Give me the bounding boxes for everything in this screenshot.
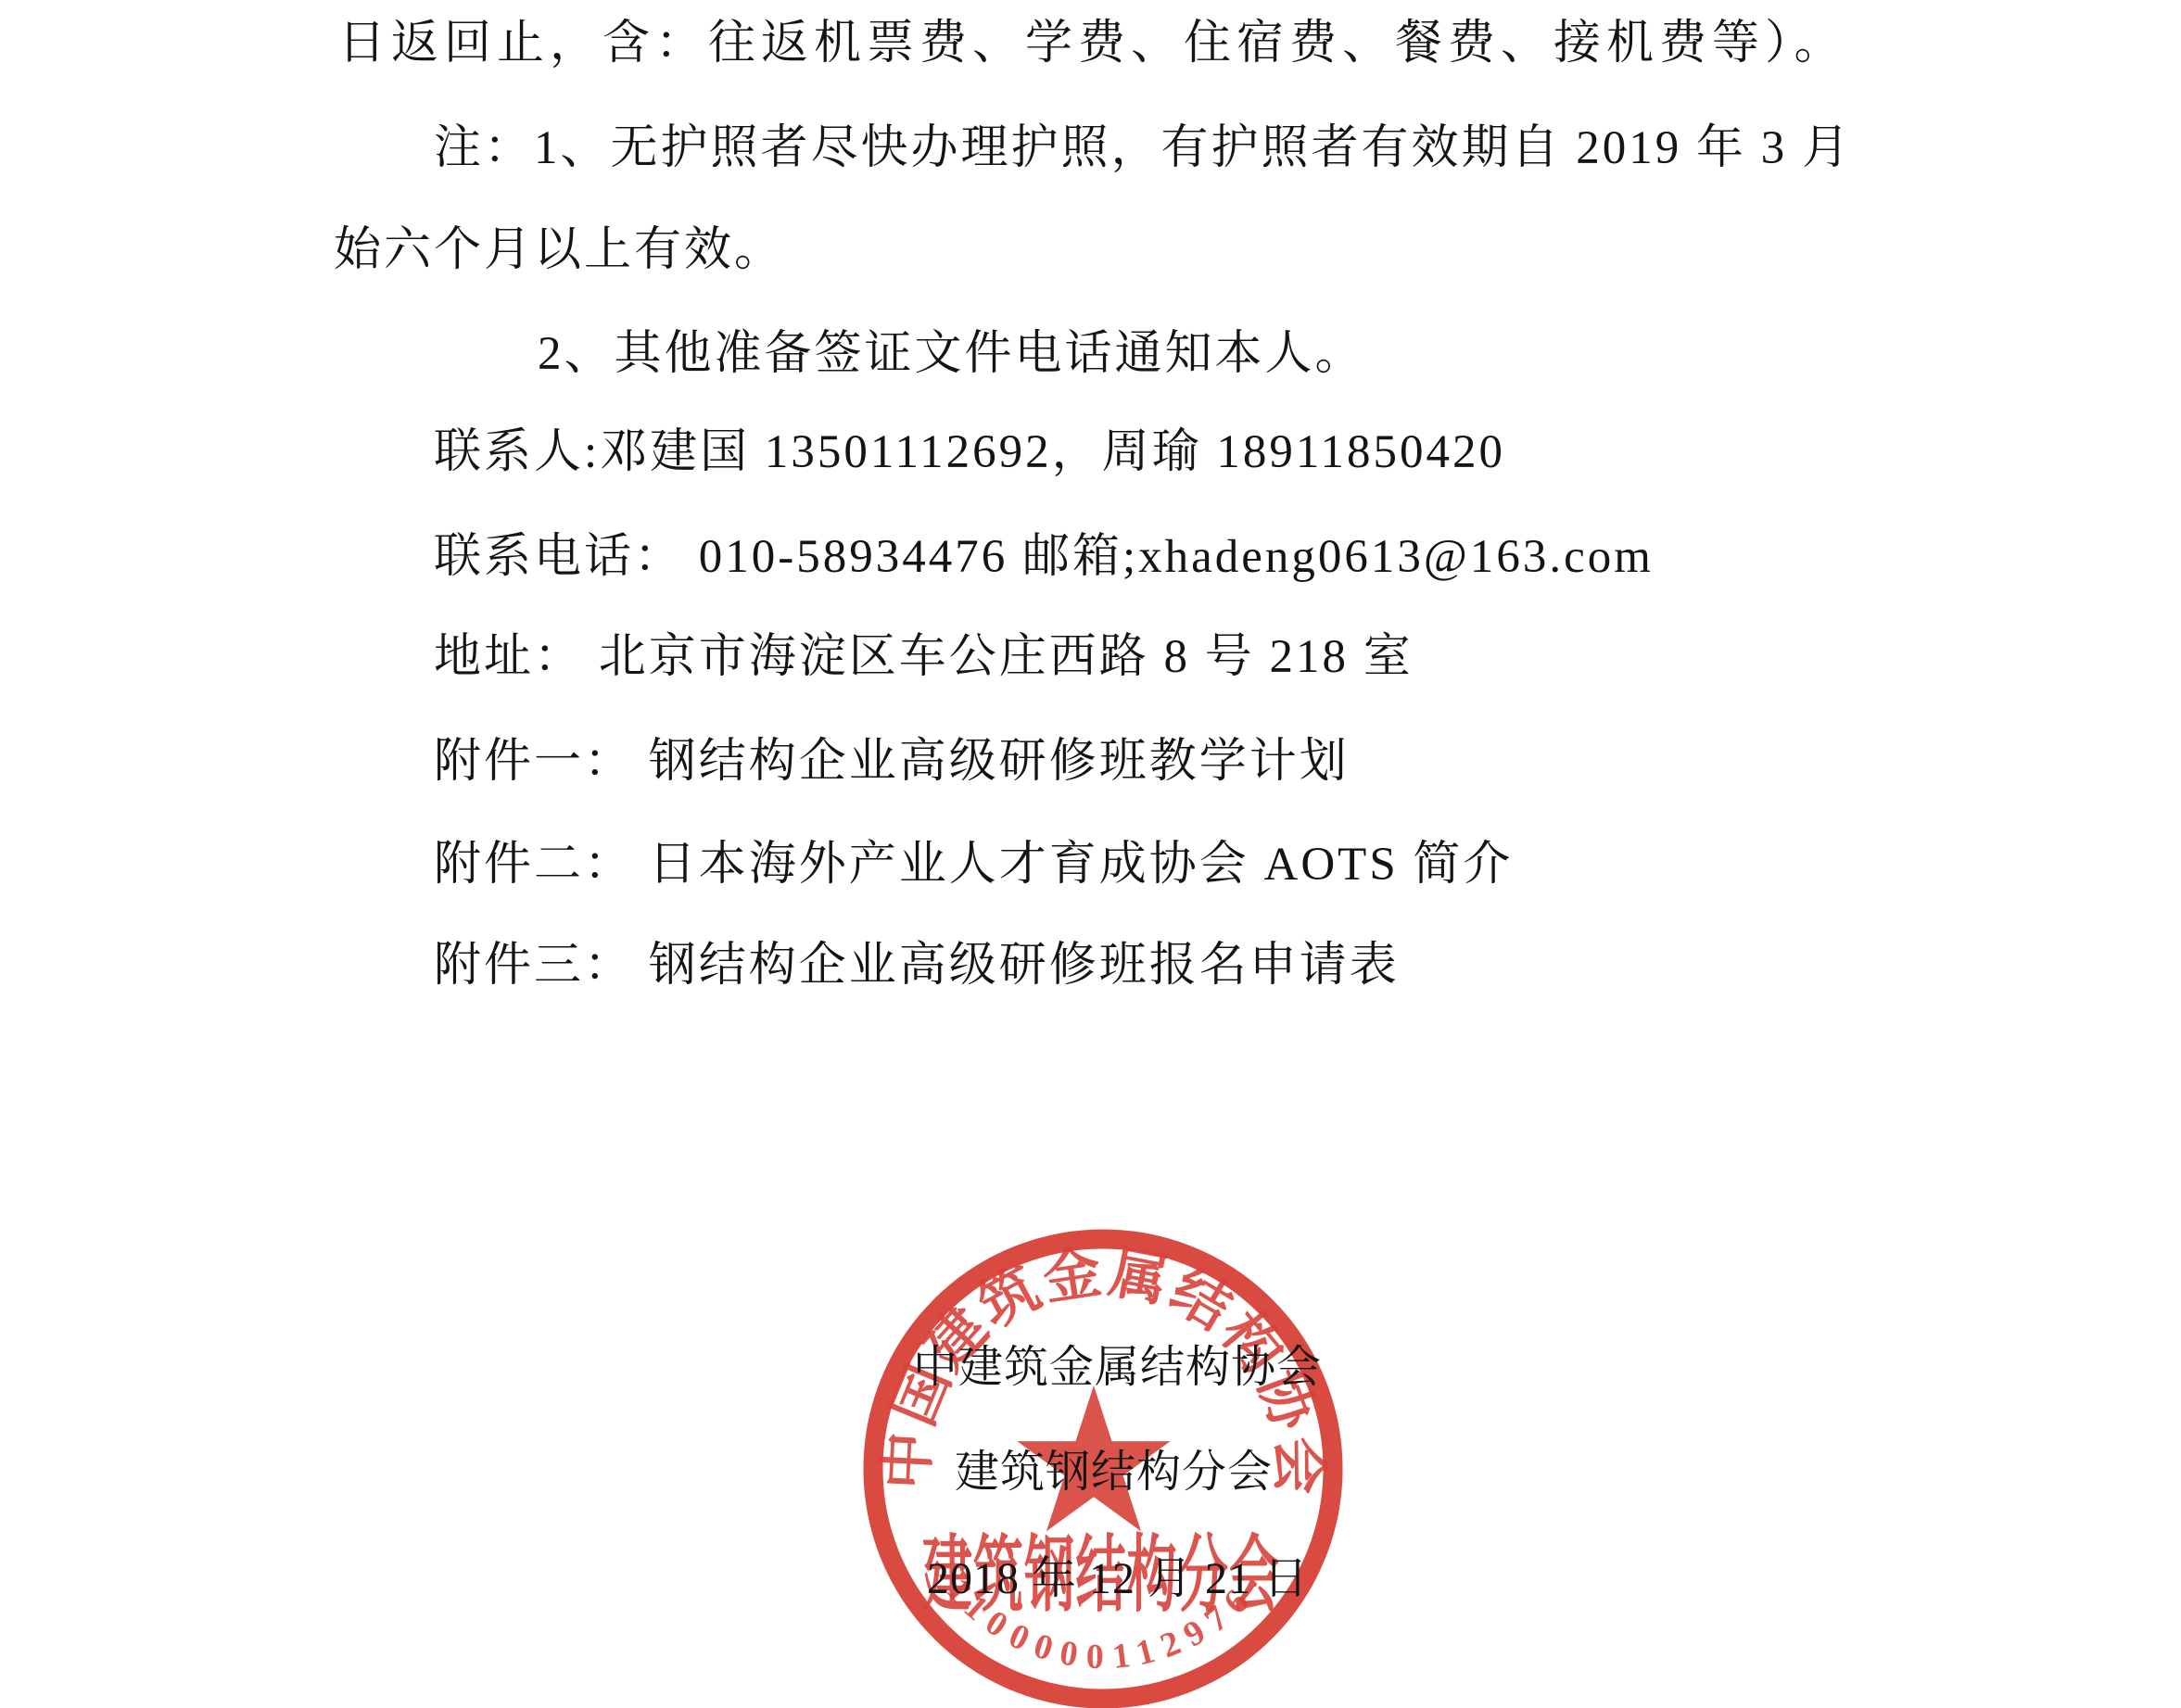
attachment-2-line: 附件二： 日本海外产业人才育成协会 AOTS 简介	[434, 841, 1513, 889]
signature-org-line1: 中建筑金属结构协会	[913, 1346, 1322, 1390]
address-line: 地址： 北京市海淀区车公庄西路 8 号 218 室	[434, 634, 1414, 681]
contact-phone-line: 联系电话： 010-58934476 邮箱;xhadeng0613@163.co…	[434, 534, 1654, 581]
body-line-2: 注：1、无护照者尽快办理护照，有护照者有效期自 2019 年 3 月	[434, 125, 1852, 172]
attachment-1-line: 附件一： 钢结构企业高级研修班教学计划	[434, 739, 1350, 786]
body-line-4: 2、其他准备签证文件电话通知本人。	[538, 331, 1365, 378]
body-line-1: 日返回止，含：往返机票费、学费、住宿费、餐费、接机费等）。	[338, 20, 1847, 68]
body-line-3: 始六个月以上有效。	[334, 227, 784, 274]
signature-org-line2: 建筑钢结构分会	[955, 1450, 1273, 1495]
attachment-3-line: 附件三： 钢结构企业高级研修班报名申请表	[434, 943, 1400, 990]
contact-person-line: 联系人:邓建国 13501112692，周瑜 18911850420	[434, 429, 1505, 476]
signature-date: 2018 年 12 月 21 日	[927, 1557, 1309, 1601]
document-page: 日返回止，含：往返机票费、学费、住宿费、餐费、接机费等）。 注：1、无护照者尽快…	[0, 0, 2181, 1708]
